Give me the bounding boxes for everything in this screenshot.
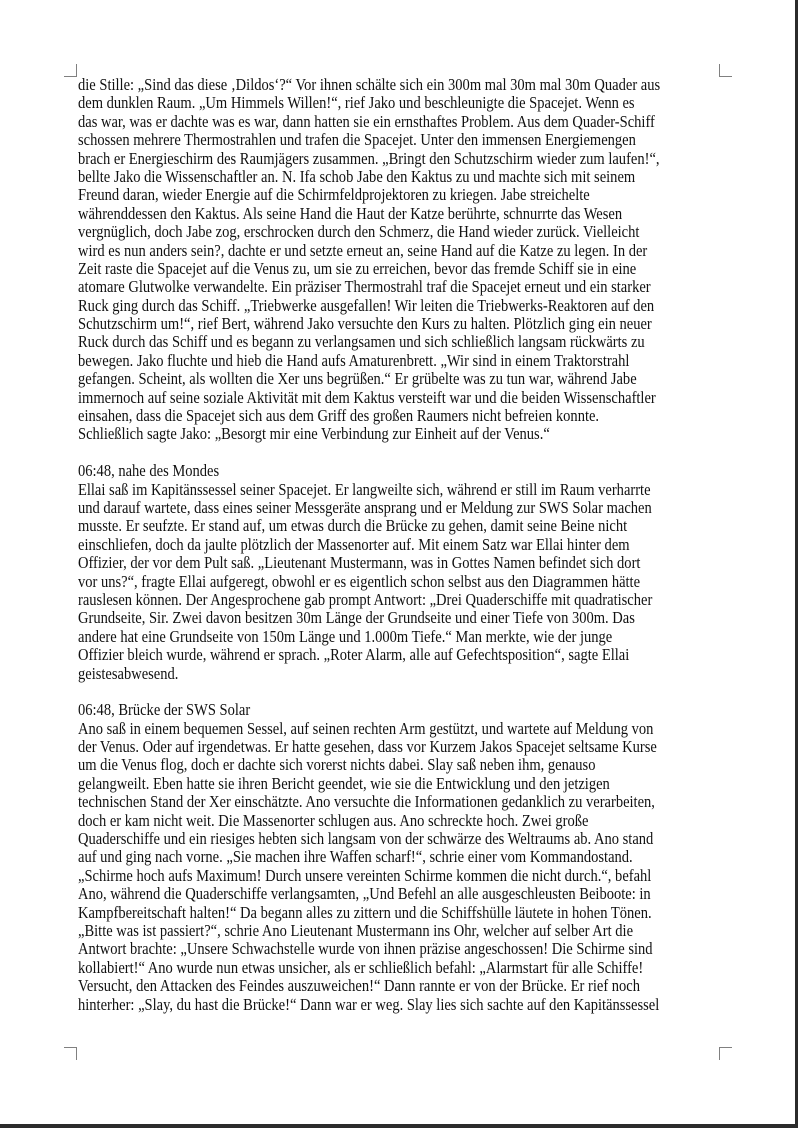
text-line: Antwort brachte: „Unsere Schwachstelle w… (78, 940, 656, 958)
paragraph: die Stille: „Sind das diese ‚Dildos‘?“ V… (78, 76, 738, 444)
margin-corner-mark-top-left (64, 64, 77, 77)
margin-corner-mark-bottom-right (719, 1047, 732, 1060)
text-line: brach er Energieschirm des Raumjägers zu… (78, 150, 656, 168)
text-line: Ano, während die Quaderschiffe verlangsa… (78, 885, 656, 903)
text-line: Ruck ging durch das Schiff. „Triebwerke … (78, 297, 656, 315)
text-line: gefangen. Scheint, als wollten die Xer u… (78, 370, 656, 388)
blank-line (78, 683, 738, 701)
text-line: „Schirme hoch aufs Maximum! Durch unsere… (78, 867, 656, 885)
document-body[interactable]: die Stille: „Sind das diese ‚Dildos‘?“ V… (78, 76, 738, 1014)
text-line: andere hat eine Grundseite von 150m Läng… (78, 628, 656, 646)
text-line: einschliefen, doch da jaulte plötzlich d… (78, 536, 656, 554)
text-line: „Bitte was ist passiert?“, schrie Ano Li… (78, 922, 656, 940)
blank-line (78, 444, 738, 462)
text-line: Zeit raste die Spacejet auf die Venus zu… (78, 260, 656, 278)
text-line: die Stille: „Sind das diese ‚Dildos‘?“ V… (78, 76, 656, 94)
text-line: bewegen. Jako fluchte und hieb die Hand … (78, 352, 656, 370)
section-heading: 06:48, Brücke der SWS Solar (78, 701, 656, 719)
text-line: Ellai saß im Kapitänssessel seiner Space… (78, 481, 656, 499)
text-line: auf und ging nach vorne. „Sie machen ihr… (78, 848, 656, 866)
text-line: geistesabwesend. (78, 665, 656, 683)
text-line: technischen Stand der Xer einschätzte. A… (78, 793, 656, 811)
text-line: dem dunklen Raum. „Um Himmels Willen!“, … (78, 94, 656, 112)
text-line: der Venus. Oder auf irgendetwas. Er hatt… (78, 738, 656, 756)
text-line: das war, was er dachte was es war, dann … (78, 113, 656, 131)
section: 06:48, Brücke der SWS SolarAno saß in ei… (78, 701, 738, 1014)
margin-corner-mark-bottom-left (64, 1047, 77, 1060)
text-line: Schließlich sagte Jako: „Besorgt mir ein… (78, 425, 656, 443)
text-line: einsahen, dass die Spacejet sich aus dem… (78, 407, 656, 425)
text-line: Kampfbereitschaft halten!“ Da begann all… (78, 904, 656, 922)
text-line: Versucht, den Attacken des Feindes auszu… (78, 977, 656, 995)
text-line: kollabiert!“ Ano wurde nun etwas unsiche… (78, 959, 656, 977)
section: 06:48, nahe des MondesEllai saß im Kapit… (78, 462, 738, 683)
text-line: atomare Glutwolke verwandelte. Ein präzi… (78, 278, 656, 296)
text-line: um die Venus flog, doch er dachte sich v… (78, 756, 656, 774)
text-line: bellte Jako die Wissenschaftler an. N. I… (78, 168, 656, 186)
text-line: Quaderschiffe und ein riesiges hebten si… (78, 830, 656, 848)
text-line: wird es nun anders sein?, dachte er und … (78, 242, 656, 260)
text-line: hinterher: „Slay, du hast die Brücke!“ D… (78, 996, 656, 1014)
text-line: doch er kam nicht weit. Die Massenorter … (78, 812, 656, 830)
text-line: rauslesen können. Der Angesprochene gab … (78, 591, 656, 609)
section-heading: 06:48, nahe des Mondes (78, 462, 656, 480)
text-line: schossen mehrere Thermostrahlen und traf… (78, 131, 656, 149)
text-line: vergnüglich, doch Jabe zog, erschrocken … (78, 223, 656, 241)
text-line: und darauf wartete, dass eines seiner Me… (78, 499, 656, 517)
text-line: währenddessen den Kaktus. Als seine Hand… (78, 205, 656, 223)
document-page: die Stille: „Sind das diese ‚Dildos‘?“ V… (0, 0, 795, 1124)
text-line: Ruck durch das Schiff und es begann zu v… (78, 333, 656, 351)
text-line: Freund daran, wieder Energie auf die Sch… (78, 186, 656, 204)
text-line: vor uns?“, fragte Ellai aufgeregt, obwoh… (78, 573, 656, 591)
text-line: Schutzschirm um!“, rief Bert, während Ja… (78, 315, 656, 333)
text-line: immernoch auf seine soziale Aktivität mi… (78, 389, 656, 407)
text-line: Grundseite, Sir. Zwei davon besitzen 30m… (78, 609, 656, 627)
text-line: Offizier, der vor dem Pult saß. „Lieuten… (78, 554, 656, 572)
text-line: musste. Er seufzte. Er stand auf, um etw… (78, 517, 656, 535)
text-line: gelangweilt. Eben hatte sie ihren Berich… (78, 775, 656, 793)
text-line: Offizier bleich wurde, während er sprach… (78, 646, 656, 664)
text-line: Ano saß in einem bequemen Sessel, auf se… (78, 720, 656, 738)
